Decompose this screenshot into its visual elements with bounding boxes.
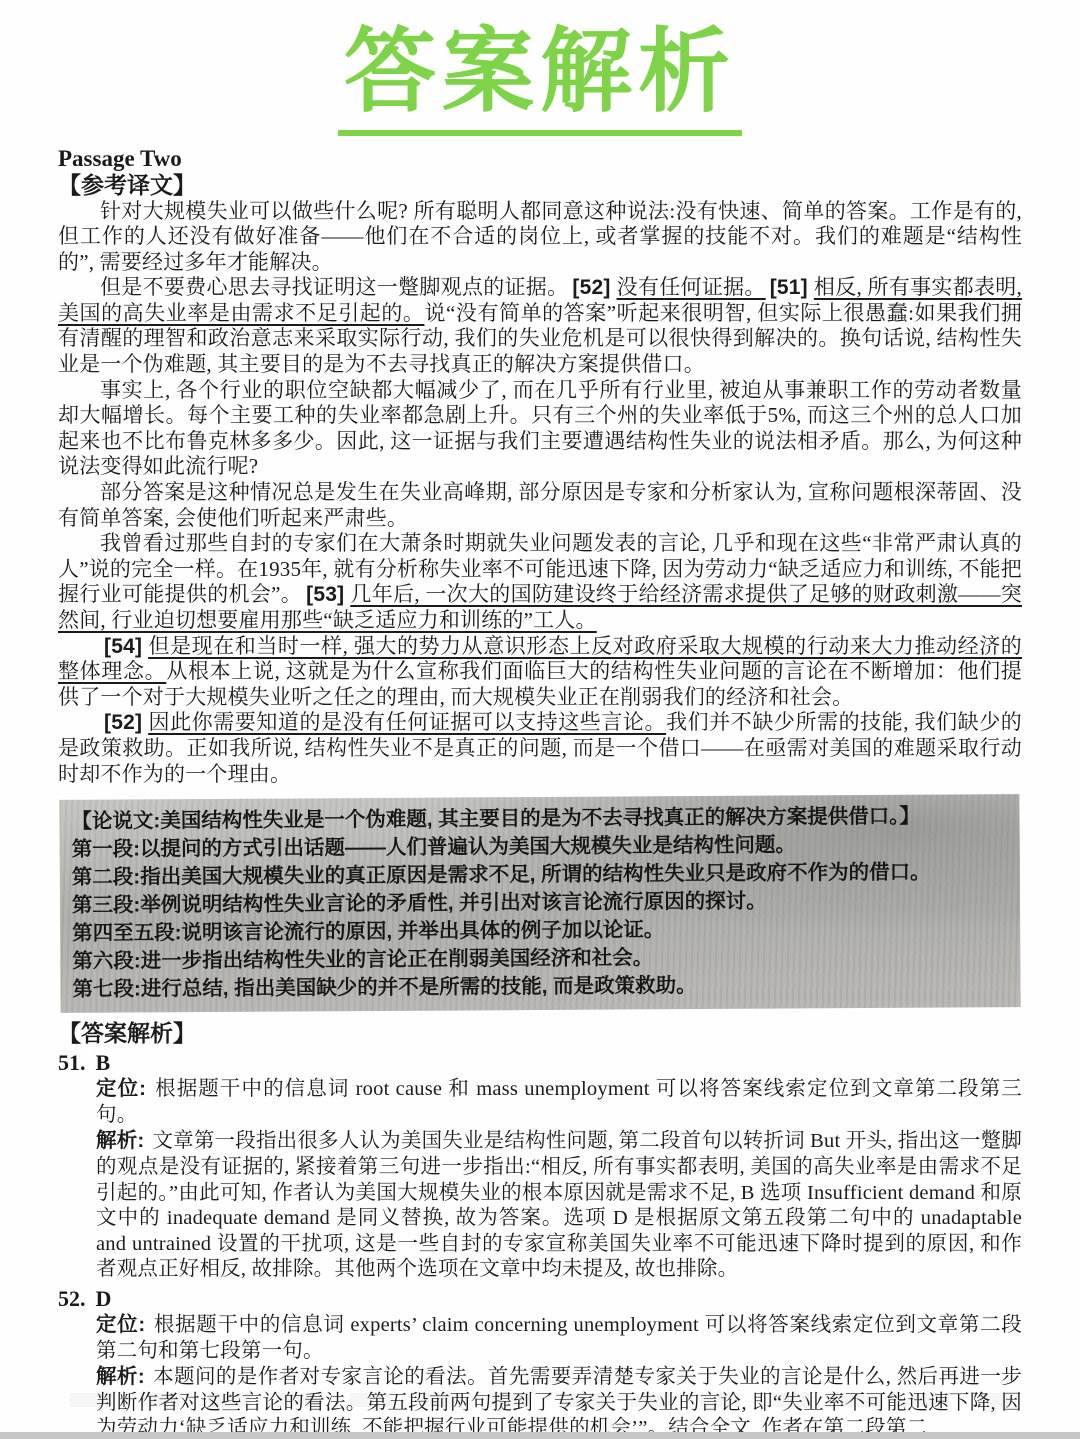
title-area: 答案解析	[58, 0, 1022, 136]
summary-line-text: 进一步指出结构性失业的言论正在削弱美国经济和社会。	[141, 946, 654, 972]
locate-label: 定位:	[96, 1313, 145, 1336]
analysis-section: 51.B定位:根据题干中的信息词 root cause 和 mass unemp…	[58, 1050, 1022, 1439]
analysis-item: 52.D定位:根据题干中的信息词 experts’ claim concerni…	[58, 1286, 1022, 1439]
item-head: 51.B	[58, 1050, 1022, 1076]
item-answer: B	[96, 1050, 111, 1075]
text-run: 针对大规模失业可以做些什么呢? 所有聪明人都同意这种说法:没有快速、简单的答案。…	[58, 199, 1022, 274]
scanned-answer-page: 答案解析 Passage Two 【参考译文】 针对大规模失业可以做些什么呢? …	[0, 0, 1080, 1439]
question-ref: [51]	[770, 276, 808, 299]
summary-line-text: 进行总结, 指出美国缺少的并不是所需的技能, 而是政策救助。	[141, 974, 697, 1000]
locate-section: 定位:根据题干中的信息词 experts’ claim concerning u…	[96, 1312, 1022, 1364]
section-text: 文章第一段指出很多人认为美国失业是结构性问题, 第二段首句以转折词 But 开头…	[96, 1130, 1022, 1280]
summary-line-text: 举例说明结构性失业言论的矛盾性, 并引出对该言论流行原因的探讨。	[140, 890, 767, 917]
item-number: 52.	[58, 1286, 86, 1311]
summary-headline: 【论说文:美国结构性失业是一个伪难题, 其主要目的是为不去寻找真正的解决方案提供…	[71, 802, 1005, 836]
page-title: 答案解析	[338, 24, 742, 136]
summary-line-label: 第三段:	[72, 894, 140, 917]
translation-paragraph: [52]因此你需要知道的是没有任何证据可以支持这些言论。我们并不缺少所需的技能,…	[58, 710, 1022, 787]
summary-line-label: 第七段:	[72, 978, 140, 1001]
page-bottom-edge	[0, 1432, 1080, 1439]
translation-paragraph: 针对大规模失业可以做些什么呢? 所有聪明人都同意这种说法:没有快速、简单的答案。…	[58, 199, 1022, 276]
text-run: 部分答案是这种情况总是发生在失业高峰期, 部分原因是专家和分析家认为, 宣称问题…	[58, 480, 1022, 530]
translation-paragraph: 部分答案是这种情况总是发生在失业高峰期, 部分原因是专家和分析家认为, 宣称问题…	[58, 480, 1022, 531]
summary-line: 第七段:进行总结, 指出美国缺少的并不是所需的技能, 而是政策救助。	[72, 970, 1006, 1004]
cited-sentence: 没有任何证据。	[617, 275, 766, 299]
question-ref: [52]	[104, 711, 142, 734]
summary-line: 第二段:指出美国大规模失业的真正原因是需求不足, 所谓的结构性失业只是政府不作为…	[72, 858, 1006, 892]
locate-section: 定位:根据题干中的信息词 root cause 和 mass unemploym…	[96, 1076, 1022, 1128]
translation-paragraph: [54]但是现在和当时一样, 强大的势力从意识形态上反对政府采取大规模的行动来大…	[58, 634, 1022, 711]
question-ref: [54]	[104, 635, 142, 658]
item-answer: D	[96, 1286, 112, 1311]
translation-paragraph: 我曾看过那些自封的专家们在大萧条时期就失业问题发表的言论, 几乎和现在这些“非常…	[58, 531, 1022, 633]
text-run: 但是不要费心思去寻找证明这一蹩脚观点的证据。	[100, 275, 568, 299]
analysis-item: 51.B定位:根据题干中的信息词 root cause 和 mass unemp…	[58, 1050, 1022, 1283]
cited-sentence: 因此你需要知道的是没有任何证据可以支持这些言论。	[148, 710, 666, 734]
question-ref: [53]	[306, 583, 344, 606]
analysis-header: 【答案解析】	[58, 1020, 1022, 1047]
summary-line-text: 说明该言论流行的原因, 并举出具体的例子加以论证。	[181, 918, 664, 944]
summary-line-text: 指出美国大规模失业的真正原因是需求不足, 所谓的结构性失业只是政府不作为的借口。	[140, 861, 931, 889]
parse-label: 解析:	[96, 1365, 145, 1388]
summary-box: 【论说文:美国结构性失业是一个伪难题, 其主要目的是为不去寻找真正的解决方案提供…	[59, 794, 1020, 1013]
locate-label: 定位:	[96, 1077, 146, 1100]
item-number: 51.	[58, 1050, 86, 1075]
passage-label: Passage Two	[58, 146, 1022, 172]
summary-line-label: 第四至五段:	[72, 921, 181, 945]
scan-smudge	[70, 1393, 1010, 1407]
summary-line-text: 以提问的方式引出话题——人们普遍认为美国大规模失业是结构性问题。	[140, 834, 796, 861]
translation-section: 针对大规模失业可以做些什么呢? 所有聪明人都同意这种说法:没有快速、简单的答案。…	[58, 199, 1022, 788]
section-text: 根据题干中的信息词 root cause 和 mass unemployment…	[96, 1078, 1022, 1126]
item-head: 52.D	[58, 1286, 1022, 1312]
parse-label: 解析:	[96, 1129, 144, 1152]
translation-paragraph: 但是不要费心思去寻找证明这一蹩脚观点的证据。[52]没有任何证据。[51]相反,…	[58, 275, 1022, 377]
text-run: 从根本上说, 这就是为什么宣称我们面临巨大的结构性失业问题的言论在不断增加：他们…	[58, 659, 1022, 709]
summary-line-label: 第六段:	[72, 950, 140, 973]
section-text: 根据题干中的信息词 experts’ claim concerning unem…	[96, 1314, 1022, 1362]
text-run: 事实上, 各个行业的职位空缺都大幅减少了, 而在几乎所有行业里, 被迫从事兼职工…	[58, 378, 1022, 479]
translation-paragraph: 事实上, 各个行业的职位空缺都大幅减少了, 而在几乎所有行业里, 被迫从事兼职工…	[58, 378, 1022, 480]
parse-section: 解析:文章第一段指出很多人认为美国失业是结构性问题, 第二段首句以转折词 But…	[96, 1128, 1022, 1283]
question-ref: [52]	[572, 276, 610, 299]
summary-line-label: 第二段:	[72, 866, 140, 889]
summary-line-label: 第一段:	[72, 838, 140, 861]
translation-header: 【参考译文】	[58, 172, 1022, 199]
